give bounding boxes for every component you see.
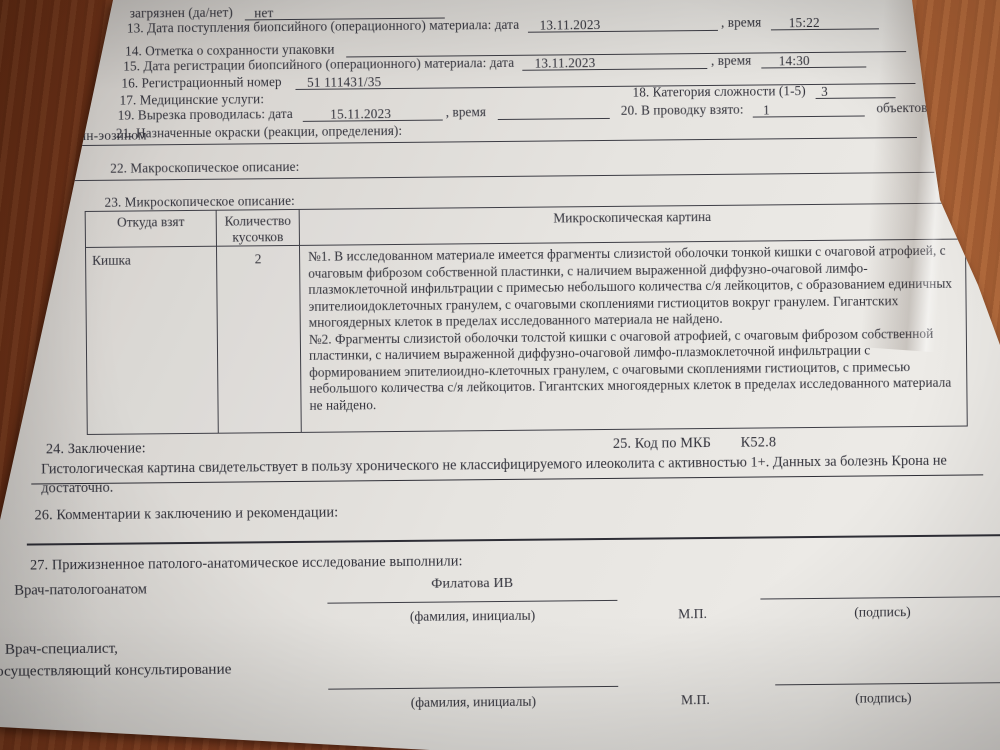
field-20-suffix: объектов: [876, 100, 927, 115]
table-cell-description: №1. В исследованном материале имеется фр…: [300, 240, 967, 432]
signature-1-stamp: М.П.: [662, 606, 722, 623]
field-25: 25. Код по МКБ К52.8: [613, 434, 776, 453]
field-19-label: 19. Вырезка проводилась: дата: [118, 106, 293, 123]
contaminated-label: загрязнен (да/нет): [130, 5, 233, 21]
field-15-time: 14:30: [761, 52, 866, 68]
signature-2-name-caption: (фамилия, инициалы): [328, 693, 618, 712]
signature-1-sign-line: [760, 571, 1000, 599]
table-header-picture: Микроскопическая картина: [300, 204, 965, 245]
field-24-label: 24. Заключение:: [46, 440, 146, 457]
field-21-value: Гематоксилин-эозином: [12, 127, 147, 143]
signature-2-stamp: М.П.: [665, 692, 725, 709]
signature-1-name-line: Филатова ИВ: [327, 575, 617, 604]
field-25-label: 25. Код по МКБ: [613, 435, 711, 452]
field-13-label: 13. Дата поступления биопсийного (операц…: [127, 17, 519, 36]
form-content: загрязнен (да/нет) нет 13. Дата поступле…: [0, 0, 1000, 750]
table-row: Кишка 2 №1. В исследованном материале им…: [86, 240, 967, 434]
signature-1-role: Врач-патологоанатом: [14, 581, 147, 599]
field-22-value-line: б/а: [6, 155, 934, 182]
microscopy-table: Откуда взят Количество кусочков Микроско…: [85, 203, 968, 435]
field-16-label: 16. Регистрационный номер: [121, 74, 281, 91]
signature-2-role-line1: Врач-специалист,: [5, 640, 118, 659]
table-header-origin: Откуда взят: [86, 211, 217, 247]
section-separator-line: [27, 534, 1000, 545]
field-15-time-label: , время: [711, 53, 752, 68]
paper-wrap: загрязнен (да/нет) нет 13. Дата поступле…: [0, 0, 1000, 750]
table-cell-origin: Кишка: [86, 247, 219, 434]
field-18-value: 3: [815, 83, 895, 99]
field-24: 24. Заключение:: [46, 440, 146, 458]
field-19-time-blank: [497, 104, 609, 120]
field-15-date: 13.11.2023: [522, 54, 707, 71]
table-cell-pieces: 2: [217, 246, 302, 433]
field-13-date: 13.11.2023: [527, 16, 717, 33]
field-20-label: 20. В проводку взято:: [621, 102, 744, 118]
field-19-date: 15.11.2023: [302, 106, 442, 122]
field-18: 18. Категория сложности (1-5) 3: [632, 82, 895, 101]
field-19-time-label: , время: [446, 104, 487, 119]
signature-2-sign-caption: (подпись): [793, 689, 973, 707]
table-header-pieces: Количество кусочков: [217, 210, 300, 246]
field-18-label: 18. Категория сложности (1-5): [632, 83, 805, 100]
field-13-time-label: , время: [721, 14, 762, 29]
field-26: 26. Комментарии к заключению и рекоменда…: [34, 505, 338, 525]
field-26-label: 26. Комментарии к заключению и рекоменда…: [34, 505, 338, 524]
description-paragraph-1: №1. В исследованном материале имеется фр…: [308, 243, 958, 332]
signature-1-sign-caption: (подпись): [792, 603, 972, 621]
signature-1-name-caption: (фамилия, инициалы): [327, 607, 617, 626]
field-25-value: К52.8: [741, 434, 777, 450]
signature-2-sign-line: [775, 657, 1000, 685]
field-22-value: б/а: [6, 164, 23, 179]
field-23: 23. Микроскопическое описание:: [104, 193, 294, 211]
field-27-label: 27. Прижизненное патолого-анатомическое …: [30, 553, 463, 573]
signature-2-name-line: [328, 661, 618, 690]
signature-2-role-line2: осуществляющий консультирование: [0, 661, 231, 681]
field-17-label: 17. Медицинские услуги:: [120, 91, 265, 107]
paper-document: загрязнен (да/нет) нет 13. Дата поступле…: [0, 0, 1000, 750]
field-23-label: 23. Микроскопическое описание:: [104, 193, 294, 210]
field-21-value-line: Гематоксилин-эозином: [12, 120, 917, 147]
field-27: 27. Прижизненное патолого-анатомическое …: [30, 553, 463, 574]
field-20-value: 1: [753, 101, 865, 117]
conclusion-text: Гистологическая картина свидетельствует …: [41, 451, 986, 497]
field-15-label: 15. Дата регистрации биопсийного (операц…: [123, 55, 514, 74]
document-photo: загрязнен (да/нет) нет 13. Дата поступле…: [0, 0, 1000, 750]
field-13-time: 15:22: [771, 14, 879, 30]
description-paragraph-2: №2. Фрагменты слизистой оболочки толстой…: [309, 325, 959, 414]
